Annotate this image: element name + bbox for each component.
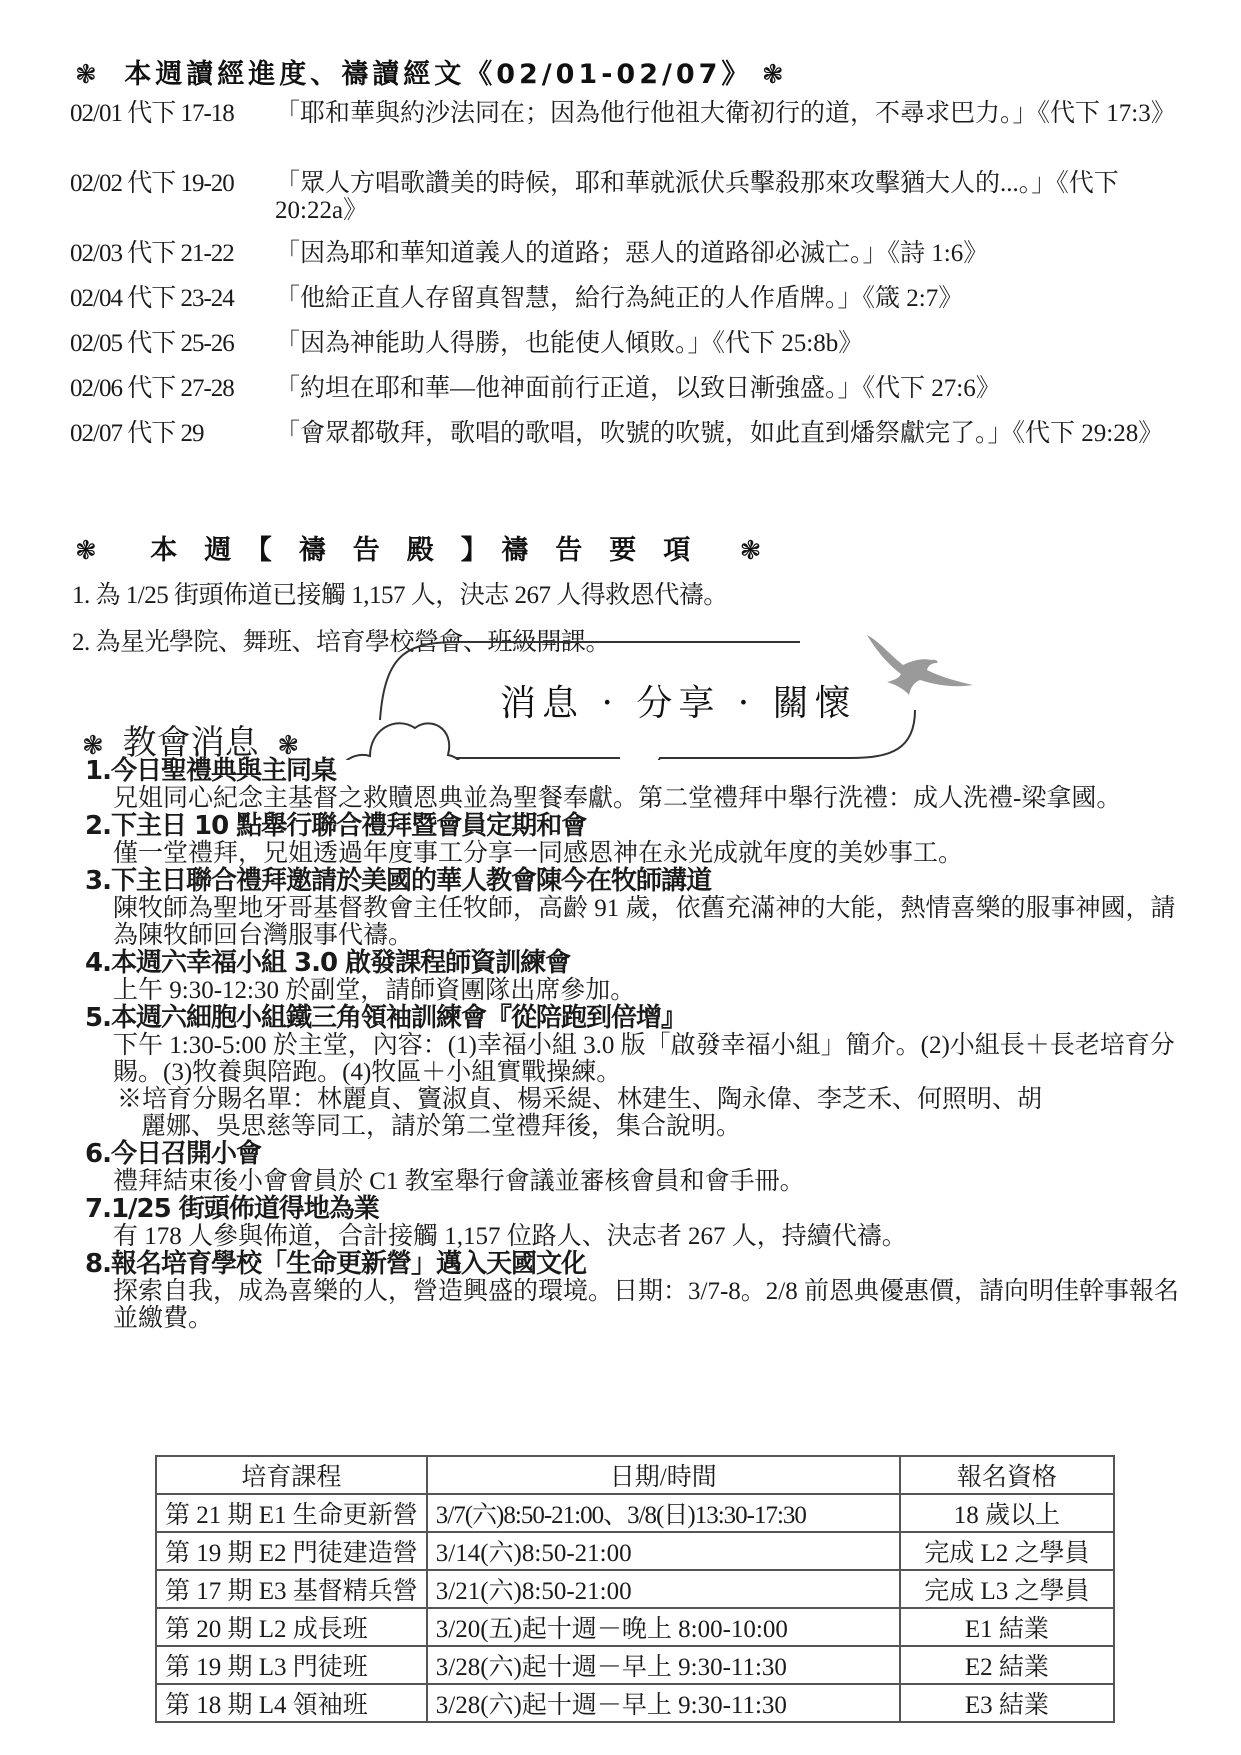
news-item-heading: 8.報名培育學校「生命更新營」邁入天國文化 (85, 1250, 1185, 1278)
news-item-heading: 5.本週六細胞小組鐵三角領袖訓練會『從陪跑到倍增』 (85, 1004, 1185, 1032)
news-item: 8.報名培育學校「生命更新營」邁入天國文化 探索自我，成為喜樂的人，營造興盛的環… (85, 1250, 1185, 1332)
column-header: 培育課程 (156, 1456, 427, 1494)
cloud-icon (337, 723, 465, 760)
course-name: 第 21 期 E1 生命更新營 (156, 1494, 427, 1532)
reading-entry: 02/05 代下 25-26「因為神能助人得勝，也能使人傾敗。」《代下 25:8… (70, 330, 1200, 357)
news-item-body: 有 178 人參與佈道，合計接觸 1,157 位路人、決志者 267 人，持續代… (85, 1223, 1185, 1250)
course-name: 第 19 期 E2 門徒建造營 (156, 1532, 427, 1570)
course-eligibility: E1 結業 (900, 1608, 1114, 1646)
note-line: 麗娜、吳思慈等同工，請於第二堂禮拜後，集合說明。 (117, 1113, 1185, 1140)
reading-verse: 「因為耶和華知道義人的道路；惡人的道路卻必滅亡。」《詩 1:6》 (275, 240, 1200, 267)
news-item-body: 兄姐同心紀念主基督之救贖恩典並為聖餐奉獻。第二堂禮拜中舉行洗禮：成人洗禮-梁拿國… (85, 785, 1185, 812)
course-name: 第 20 期 L2 成長班 (156, 1608, 427, 1646)
table-row: 第 20 期 L2 成長班 3/20(五)起十週－晚上 8:00-10:00 E… (156, 1608, 1114, 1646)
news-item-body: 下午 1:30-5:00 於主堂，內容：(1)幸福小組 3.0 版「啟發幸福小組… (85, 1032, 1185, 1086)
column-header: 日期/時間 (427, 1456, 900, 1494)
course-date: 3/20(五)起十週－晚上 8:00-10:00 (427, 1608, 900, 1646)
news-item-body: 上午 9:30-12:30 於副堂，請師資團隊出席參加。 (85, 977, 1185, 1004)
reading-verse: 「眾人方唱歌讚美的時候，耶和華就派伏兵擊殺那來攻擊猶大人的...。」《代下 20… (275, 170, 1200, 224)
table-row: 第 21 期 E1 生命更新營 3/7(六)8:50-21:00、3/8(日)1… (156, 1494, 1114, 1532)
course-name: 第 19 期 L3 門徒班 (156, 1646, 427, 1684)
course-name: 第 18 期 L4 領袖班 (156, 1684, 427, 1722)
news-item-heading: 6.今日召開小會 (85, 1140, 1185, 1168)
reading-ref: 02/04 代下 23-24 (70, 285, 275, 312)
course-date: 3/28(六)起十週－早上 9:30-11:30 (427, 1646, 900, 1684)
reading-verse: 「約坦在耶和華—他神面前行正道，以致日漸強盛。」《代下 27:6》 (275, 375, 1200, 402)
reading-verse: 「他給正直人存留真智慧，給行為純正的人作盾牌。」《箴 2:7》 (275, 285, 1200, 312)
prayer-heading: ❃ 本 週 【 禱 告 殿 】 禱 告 要 項 ❃ (75, 528, 761, 567)
news-item-body: 禮拜結束後小會會員於 C1 教室舉行會議並審核會員和會手冊。 (85, 1168, 1185, 1195)
reading-verse: 「會眾都敬拜，歌唱的歌唱，吹號的吹號，如此直到燔祭獻完了。」《代下 29:28》 (275, 420, 1200, 447)
course-eligibility: 18 歲以上 (900, 1494, 1114, 1532)
news-item: 5.本週六細胞小組鐵三角領袖訓練會『從陪跑到倍增』 下午 1:30-5:00 於… (85, 1004, 1185, 1140)
course-date: 3/21(六)8:50-21:00 (427, 1570, 900, 1608)
reading-ref: 02/01 代下 17-18 (70, 100, 275, 127)
reading-entry: 02/03 代下 21-22「因為耶和華知道義人的道路；惡人的道路卻必滅亡。」《… (70, 240, 1200, 267)
news-item: 4.本週六幸福小組 3.0 啟發課程師資訓練會 上午 9:30-12:30 於副… (85, 949, 1185, 1004)
reading-ref: 02/03 代下 21-22 (70, 240, 275, 267)
reading-ref: 02/07 代下 29 (70, 420, 275, 447)
reading-entry: 02/01 代下 17-18「耶和華與約沙法同在；因為他行他祖大衛初行的道，不尋… (70, 100, 1200, 127)
reading-plan-heading: ❃ 本週讀經進度、禱讀經文《02/01-02/07》 ❃ (75, 52, 784, 91)
news-item-heading: 4.本週六幸福小組 3.0 啟發課程師資訓練會 (85, 949, 1185, 977)
reading-plan-title: 本週讀經進度、禱讀經文《02/01-02/07》 (124, 59, 752, 90)
course-eligibility: E2 結業 (900, 1646, 1114, 1684)
flower-icon: ❃ (762, 60, 784, 90)
flower-icon: ❃ (740, 536, 762, 566)
reading-verse: 「因為神能助人得勝，也能使人傾敗。」《代下 25:8b》 (275, 330, 1200, 357)
news-item: 3.下主日聯合禮拜邀請於美國的華人教會陳今在牧師講道 陳牧師為聖地牙哥基督教會主… (85, 867, 1185, 949)
reading-ref: 02/06 代下 27-28 (70, 375, 275, 402)
news-item-body: 僅一堂禮拜，兄姐透過年度事工分享一同感恩神在永光成就年度的美妙事工。 (85, 840, 1185, 867)
eagle-icon (865, 630, 975, 710)
news-item: 2.下主日 10 點舉行聯合禮拜暨會員定期和會 僅一堂禮拜，兄姐透過年度事工分享… (85, 812, 1185, 867)
note-line: ※培育分賜名單：林麗貞、竇淑貞、楊采緹、林建生、陶永偉、李芝禾、何照明、胡 (117, 1086, 1042, 1113)
news-item-body: 探索自我，成為喜樂的人，營造興盛的環境。日期：3/7-8。2/8 前恩典優惠價，… (85, 1278, 1185, 1332)
news-item: 1.今日聖禮典與主同桌 兄姐同心紀念主基督之救贖恩典並為聖餐奉獻。第二堂禮拜中舉… (85, 757, 1185, 812)
prayer-item: 1. 為 1/25 街頭佈道已接觸 1,157 人，決志 267 人得救恩代禱。 (72, 575, 728, 611)
flower-icon: ❃ (75, 60, 97, 90)
course-eligibility: 完成 L3 之學員 (900, 1570, 1114, 1608)
flower-icon: ❃ (75, 536, 97, 566)
course-name: 第 17 期 E3 基督精兵營 (156, 1570, 427, 1608)
course-eligibility: E3 結業 (900, 1684, 1114, 1722)
course-eligibility: 完成 L2 之學員 (900, 1532, 1114, 1570)
reading-verse: 「耶和華與約沙法同在；因為他行他祖大衛初行的道，不尋求巴力。」《代下 17:3》 (275, 100, 1200, 127)
news-item-heading: 7.1/25 街頭佈道得地為業 (85, 1195, 1185, 1223)
course-date: 3/7(六)8:50-21:00、3/8(日)13:30-17:30 (427, 1494, 900, 1532)
news-item-heading: 3.下主日聯合禮拜邀請於美國的華人教會陳今在牧師講道 (85, 867, 1185, 895)
column-header: 報名資格 (900, 1456, 1114, 1494)
news-item: 7.1/25 街頭佈道得地為業 有 178 人參與佈道，合計接觸 1,157 位… (85, 1195, 1185, 1250)
news-item: 6.今日召開小會 禮拜結束後小會會員於 C1 教室舉行會議並審核會員和會手冊。 (85, 1140, 1185, 1195)
news-item-heading: 2.下主日 10 點舉行聯合禮拜暨會員定期和會 (85, 812, 1185, 840)
reading-entry: 02/07 代下 29「會眾都敬拜，歌唱的歌唱，吹號的吹號，如此直到燔祭獻完了。… (70, 420, 1200, 447)
table-row: 第 19 期 L3 門徒班 3/28(六)起十週－早上 9:30-11:30 E… (156, 1646, 1114, 1684)
prayer-title: 本 週 【 禱 告 殿 】 禱 告 要 項 (150, 535, 690, 566)
news-list: 1.今日聖禮典與主同桌 兄姐同心紀念主基督之救贖恩典並為聖餐奉獻。第二堂禮拜中舉… (85, 757, 1185, 1332)
reading-ref: 02/05 代下 25-26 (70, 330, 275, 357)
table-row: 第 18 期 L4 領袖班 3/28(六)起十週－早上 9:30-11:30 E… (156, 1684, 1114, 1722)
news-item-body: 陳牧師為聖地牙哥基督教會主任牧師，高齡 91 歲，依舊充滿神的大能，熱情喜樂的服… (85, 895, 1185, 949)
reading-entry: 02/06 代下 27-28「約坦在耶和華—他神面前行正道，以致日漸強盛。」《代… (70, 375, 1200, 402)
reading-entry: 02/02 代下 19-20「眾人方唱歌讚美的時候，耶和華就派伏兵擊殺那來攻擊猶… (70, 170, 1200, 224)
news-item-note: ※培育分賜名單：林麗貞、竇淑貞、楊采緹、林建生、陶永偉、李芝禾、何照明、胡 麗娜… (85, 1086, 1185, 1140)
table-row: 第 17 期 E3 基督精兵營 3/21(六)8:50-21:00 完成 L3 … (156, 1570, 1114, 1608)
course-table: 培育課程 日期/時間 報名資格 第 21 期 E1 生命更新營 3/7(六)8:… (155, 1455, 1115, 1723)
banner-title: 消息 · 分享 · 關懷 (500, 675, 857, 726)
course-date: 3/28(六)起十週－早上 9:30-11:30 (427, 1684, 900, 1722)
news-item-heading: 1.今日聖禮典與主同桌 (85, 757, 1185, 785)
bulletin-page: ❃ 本週讀經進度、禱讀經文《02/01-02/07》 ❃ 02/01 代下 17… (0, 0, 1241, 1755)
reading-entry: 02/04 代下 23-24「他給正直人存留真智慧，給行為純正的人作盾牌。」《箴… (70, 285, 1200, 312)
table-row: 第 19 期 E2 門徒建造營 3/14(六)8:50-21:00 完成 L2 … (156, 1532, 1114, 1570)
reading-ref: 02/02 代下 19-20 (70, 170, 275, 197)
table-header-row: 培育課程 日期/時間 報名資格 (156, 1456, 1114, 1494)
course-date: 3/14(六)8:50-21:00 (427, 1532, 900, 1570)
